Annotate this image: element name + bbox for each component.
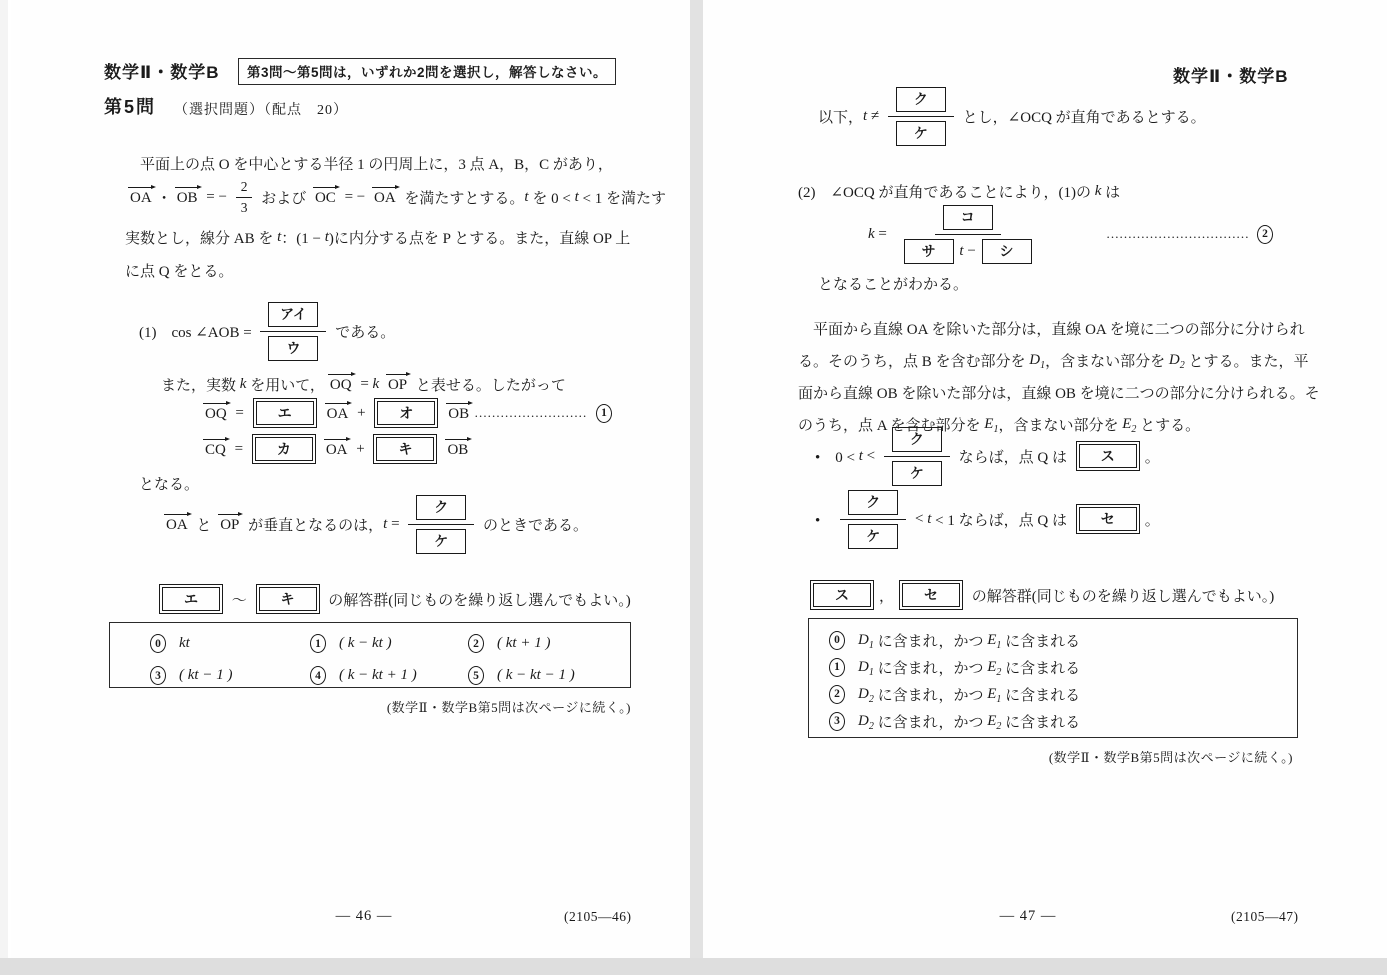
text-run: と表せる。したがって <box>412 374 566 395</box>
text-run: )に内分する点を P とする。また，直線 OP 上 <box>329 227 630 248</box>
choice-option-5: 5( k − kt − 1 ) <box>468 666 620 685</box>
text-run: = <box>357 376 373 393</box>
text-run: < <box>911 511 927 528</box>
vector-oa: OA <box>324 403 352 423</box>
text-run: (1) cos ∠AOB = <box>139 321 255 342</box>
math-variable: k <box>868 226 875 243</box>
text-run: < <box>863 448 879 465</box>
choice-label: 4 <box>310 666 326 685</box>
answer-box: カ <box>255 437 313 461</box>
answer-choices-table-e-ki: 0kt 1( k − kt ) 2( kt + 1 ) 3( kt − 1 ) … <box>109 622 631 688</box>
equation-k-formula: k = コサ t − シ <box>868 204 1045 265</box>
text-run: • 0 < <box>815 446 859 467</box>
text-run: および <box>257 187 310 208</box>
text-run: である。 <box>331 321 395 342</box>
text-run: に含まれる <box>1001 657 1080 678</box>
intro-line-4: に点 Q をとる。 <box>125 254 233 287</box>
fraction: コサ t − シ <box>896 204 1040 265</box>
question-5-title: 第5問 <box>104 93 156 119</box>
text-run: = <box>387 516 403 533</box>
math-variable: k <box>240 376 247 393</box>
choice-option-0: 0D1 に含まれ，かつ E1 に含まれる <box>829 629 1287 651</box>
dot-leader: …………………………… <box>1106 226 1249 242</box>
vector-ob: OB <box>444 439 471 459</box>
text-run: の解答群(同じものを繰り返し選んでもよい。) <box>968 585 1274 606</box>
intro-line-3: 実数とし，線分 AB を t：(1 − t)に内分する点を P とする。また，直… <box>125 221 630 254</box>
fraction-denominator: ケ <box>408 525 474 555</box>
choice-option-0: 0kt <box>150 634 310 653</box>
choice-option-2: 2D2 に含まれ，かつ E1 に含まれる <box>829 683 1287 705</box>
vector-op: OP <box>385 374 410 394</box>
fraction-denominator: ケ <box>888 117 954 147</box>
fraction-numerator: ク <box>840 489 906 520</box>
page-code-47: (2105—47) <box>1231 909 1299 925</box>
vector-ob: OB <box>445 403 472 423</box>
text-run: ・ <box>157 187 172 208</box>
choice-label: 2 <box>829 685 845 704</box>
text-run: 3 <box>241 200 248 216</box>
answer-box: サ <box>904 239 954 264</box>
vector-oa: OA <box>163 514 191 534</box>
text-run: 。 <box>1145 446 1160 467</box>
text-run: ならば，点 Q は <box>955 446 1071 467</box>
answer-box: シ <box>982 239 1032 264</box>
exam-page-46: 数学Ⅱ・数学B 第3問～第5問は，いずれか2問を選択し，解答しなさい。 第5問 … <box>11 0 690 958</box>
text-run: に点 Q をとる。 <box>125 260 233 281</box>
part1-cos-line: (1) cos ∠AOB = アイウ である。 <box>139 298 395 364</box>
fraction: 23 <box>236 179 253 216</box>
text-run: る。そのうち，点 B を含む部分を <box>798 350 1029 371</box>
text-run: + <box>353 405 369 422</box>
page-gutter <box>690 0 703 958</box>
answer-box: ケ <box>892 461 942 486</box>
equation-oq: OQ = エOA + オOB …………………………… 1 <box>200 396 612 430</box>
math-variable-subscripted: D2 <box>1169 352 1185 369</box>
answer-box: ク <box>416 495 466 520</box>
text-run: とし，∠OCQ が直角であるとする。 <box>959 106 1206 127</box>
text-run: ：(1 − <box>281 227 324 248</box>
text-run: 。 <box>1145 509 1160 530</box>
answer-box: ケ <box>896 121 946 146</box>
choices-grid: 0kt 1( k − kt ) 2( kt + 1 ) 3( kt − 1 ) … <box>110 623 630 695</box>
answer-box: エ <box>256 401 314 425</box>
text-run: + <box>352 441 368 458</box>
text-run: ～ <box>228 589 251 610</box>
text-run: 面から直線 OB を除いた部分は，直線 OB を境に二つの部分に分けられる。そ <box>798 382 1320 403</box>
choice-option-3: 3D2 に含まれ，かつ E2 に含まれる <box>829 710 1287 732</box>
intro-line-2: OA・OB = − 23 および OC = − OA を満たすとする。t を 0… <box>125 176 666 218</box>
continue-note-left: (数学Ⅱ・数学B第5問は次ページに続く。) <box>321 697 631 716</box>
bullet-case-1: • 0 < t < クケ ならば，点 Q は ス。 <box>815 428 1160 484</box>
text-run: 平面から直線 OA を除いた部分は，直線 OA を境に二つの部分に分けられ <box>798 318 1305 339</box>
choice-label: 2 <box>468 634 484 653</box>
text-run: に含まれる <box>1001 630 1080 651</box>
part2-wakaru: となることがわかる。 <box>818 268 968 298</box>
math-variable-subscripted: E2 <box>987 713 1001 730</box>
choice-label: 1 <box>829 658 845 677</box>
equation-oq-formula: OQ = エOA + オOB <box>200 401 474 425</box>
equation-k: k = コサ t − シ …………………………… 2 <box>868 202 1273 266</box>
text-run: に含まれ，かつ <box>874 684 987 705</box>
vector-cq: CQ <box>202 439 229 459</box>
text-run: とする。また，平 <box>1185 350 1309 371</box>
text-run: ， <box>879 585 894 606</box>
math-variable: k <box>1095 183 1102 200</box>
text-run: 2 <box>241 179 248 195</box>
fraction-denominator: 3 <box>236 198 253 216</box>
text-run: に含まれ，かつ <box>874 657 987 678</box>
equation-cq: CQ = カOA + キOB <box>200 432 473 466</box>
question-5-meta: （選択問題）（配点 20） <box>174 99 348 119</box>
answer-box: キ <box>259 587 317 611</box>
answer-box: ウ <box>268 336 318 361</box>
choice-label: 1 <box>310 634 326 653</box>
choice-text: D2 に含まれ，かつ E1 に含まれる <box>858 684 1080 705</box>
choice-label: 5 <box>468 666 484 685</box>
choice-formula: ( k − kt − 1 ) <box>497 667 575 684</box>
answer-box: アイ <box>268 302 318 327</box>
exam-page-47: 数学Ⅱ・数学B 以下，t ≠ クケ とし，∠OCQ が直角であるとする。 (2)… <box>703 0 1387 958</box>
vector-oq: OQ <box>327 374 355 394</box>
answer-box: セ <box>902 583 960 607</box>
vector-oa: OA <box>371 187 399 207</box>
text-run: は <box>1101 181 1120 202</box>
choice-option-2: 2( kt + 1 ) <box>468 634 620 653</box>
page-code-46: (2105—46) <box>564 909 632 925</box>
text-run: = <box>875 226 891 243</box>
answer-choices-table-su-se: 0D1 に含まれ，かつ E1 に含まれる 1D1 に含まれ，かつ E2 に含まれ… <box>808 618 1298 738</box>
fraction-numerator: アイ <box>260 301 326 332</box>
part2-intro-line: 以下，t ≠ クケ とし，∠OCQ が直角であるとする。 <box>818 86 1206 146</box>
text-run: − <box>967 243 979 260</box>
choice-label: 0 <box>829 631 845 650</box>
text-run: = <box>231 441 247 458</box>
region-para-line-2: る。そのうち，点 B を含む部分を D1，含まない部分を D2 とする。また，平 <box>798 344 1308 376</box>
answer-box: ク <box>848 490 898 515</box>
math-variable-subscripted: D1 <box>858 659 874 676</box>
text-run: ，含まない部分を <box>1045 350 1169 371</box>
fraction: クケ <box>888 86 954 147</box>
answer-box: ケ <box>416 529 466 554</box>
region-para-line-1: 平面から直線 OA を除いた部分は，直線 OA を境に二つの部分に分けられ <box>798 312 1305 344</box>
choice-text: D2 に含まれ，かつ E2 に含まれる <box>858 711 1080 732</box>
math-variable-subscripted: D2 <box>858 686 874 703</box>
choice-formula: ( k − kt ) <box>339 635 392 652</box>
fraction-numerator: ク <box>888 86 954 117</box>
text-run: と <box>193 514 216 535</box>
choice-label: 3 <box>829 712 845 731</box>
choice-label: 0 <box>150 634 166 653</box>
fraction-numerator: 2 <box>236 179 253 198</box>
math-variable: t <box>956 243 968 260</box>
answer-box: コ <box>943 205 993 230</box>
answer-box: ス <box>1079 444 1137 468</box>
subject-heading-left: 数学Ⅱ・数学B <box>104 58 219 83</box>
answer-box: セ <box>1079 507 1137 531</box>
choice-option-3: 3( kt − 1 ) <box>150 666 310 685</box>
answer-box: オ <box>377 401 435 425</box>
text-run: に含まれ，かつ <box>874 630 987 651</box>
math-variable-subscripted: D1 <box>1029 352 1045 369</box>
equation-number-1: 1 <box>596 404 612 423</box>
region-para-line-3: 面から直線 OB を除いた部分は，直線 OB を境に二つの部分に分けられる。そ <box>798 376 1320 408</box>
fraction: クケ <box>408 494 474 555</box>
fraction-numerator: ク <box>884 426 950 457</box>
choice-text: D1 に含まれ，かつ E1 に含まれる <box>858 630 1080 651</box>
text-run: に含まれる <box>1001 684 1080 705</box>
text-run: 平面上の点 O を中心とする半径 1 の円周上に，3 点 A，B，C があり， <box>125 153 613 174</box>
fraction: クケ <box>884 426 950 487</box>
vector-oa: OA <box>127 187 155 207</box>
text-run: を 0 < <box>529 187 575 208</box>
viewer-bottom-strip <box>0 958 1387 975</box>
text-run: = − <box>341 189 369 206</box>
choice-label: 3 <box>150 666 166 685</box>
fraction-numerator: コ <box>935 204 1001 235</box>
choices-rows: 0D1 に含まれ，かつ E1 に含まれる 1D1 に含まれ，かつ E2 に含まれ… <box>809 619 1297 740</box>
fraction-denominator: サ t − シ <box>896 235 1040 265</box>
fraction-denominator: ケ <box>884 457 950 487</box>
vector-op: OP <box>217 514 242 534</box>
choice-option-4: 4( k − kt + 1 ) <box>310 666 468 685</box>
text-run: を用いて， <box>246 374 324 395</box>
page-number-47: — 47 — <box>978 908 1078 925</box>
selection-notice-box: 第3問～第5問は，いずれか2問を選択し，解答しなさい。 <box>238 58 616 85</box>
text-run: 実数とし，線分 AB を <box>125 227 277 248</box>
math-variable-subscripted: D1 <box>858 632 874 649</box>
fraction-numerator: ク <box>408 494 474 525</box>
page-number-46: — 46 — <box>314 908 414 925</box>
math-variable-subscripted: E1 <box>987 686 1001 703</box>
vector-oa: OA <box>323 439 351 459</box>
text-run: < 1 を満たす <box>579 187 666 208</box>
text-run: に含まれる <box>1001 711 1080 732</box>
choice-formula: ( k − kt + 1 ) <box>339 667 417 684</box>
text-run: ≠ <box>867 108 883 125</box>
text-run <box>379 376 383 393</box>
fraction: アイウ <box>260 301 326 362</box>
vector-oq: OQ <box>202 403 230 423</box>
dot-leader: …………………………… <box>474 405 588 421</box>
text-run: また，実数 <box>161 374 240 395</box>
answer-group-heading-su-se: ス，セ の解答群(同じものを繰り返し選んでもよい。) <box>805 578 1274 612</box>
text-run: のときである。 <box>479 514 588 535</box>
choice-text: D1 に含まれ，かつ E2 に含まれる <box>858 657 1080 678</box>
answer-box: ク <box>896 87 946 112</box>
math-variable-subscripted: E2 <box>987 659 1001 676</box>
answer-box: ケ <box>848 524 898 549</box>
vector-ob: OB <box>174 187 201 207</box>
text-run: = − <box>203 189 231 206</box>
answer-box: ク <box>892 427 942 452</box>
text-run: (2) ∠OCQ が直角であることにより，(1)の <box>798 181 1095 202</box>
part1-perpendicular-line: OA と OP が垂直となるのは，t = クケ のときである。 <box>161 494 588 554</box>
text-run: = <box>232 405 248 422</box>
choice-formula: kt <box>179 635 190 652</box>
choice-formula: ( kt − 1 ) <box>179 667 232 684</box>
text-run: の解答群(同じものを繰り返し選んでもよい。) <box>325 589 631 610</box>
math-variable-subscripted: D2 <box>858 713 874 730</box>
text-run: 以下， <box>818 106 863 127</box>
subject-heading-right: 数学Ⅱ・数学B <box>1173 62 1288 87</box>
fraction-denominator: ケ <box>840 520 906 550</box>
answer-box: エ <box>162 587 220 611</box>
math-variable-subscripted: E1 <box>987 632 1001 649</box>
choice-option-1: 1D1 に含まれ，かつ E2 に含まれる <box>829 656 1287 678</box>
text-run: が垂直となるのは， <box>244 514 383 535</box>
text-run: < 1 ならば，点 Q は <box>931 509 1070 530</box>
text-run: • <box>815 509 835 530</box>
math-variable: k <box>373 376 380 393</box>
answer-box: ス <box>813 583 871 607</box>
equation-number-2: 2 <box>1257 225 1273 244</box>
answer-group-heading-e-ki: エ ～ キ の解答群(同じものを繰り返し選んでもよい。) <box>154 582 631 616</box>
choice-option-1: 1( k − kt ) <box>310 634 468 653</box>
answer-box: キ <box>376 437 434 461</box>
text-run: を満たすとする。 <box>401 187 525 208</box>
part1-mata-line: また，実数 k を用いて，OQ = k OP と表せる。したがって <box>161 369 566 399</box>
choice-formula: ( kt + 1 ) <box>497 635 550 652</box>
bullet-case-2: • クケ < t < 1 ならば，点 Q は セ。 <box>815 490 1160 548</box>
fraction-denominator: ウ <box>260 332 326 362</box>
fraction: クケ <box>840 489 906 550</box>
vector-oc: OC <box>312 187 339 207</box>
continue-note-right: (数学Ⅱ・数学B第5問は次ページに続く。) <box>983 747 1293 766</box>
text-run: に含まれ，かつ <box>874 711 987 732</box>
